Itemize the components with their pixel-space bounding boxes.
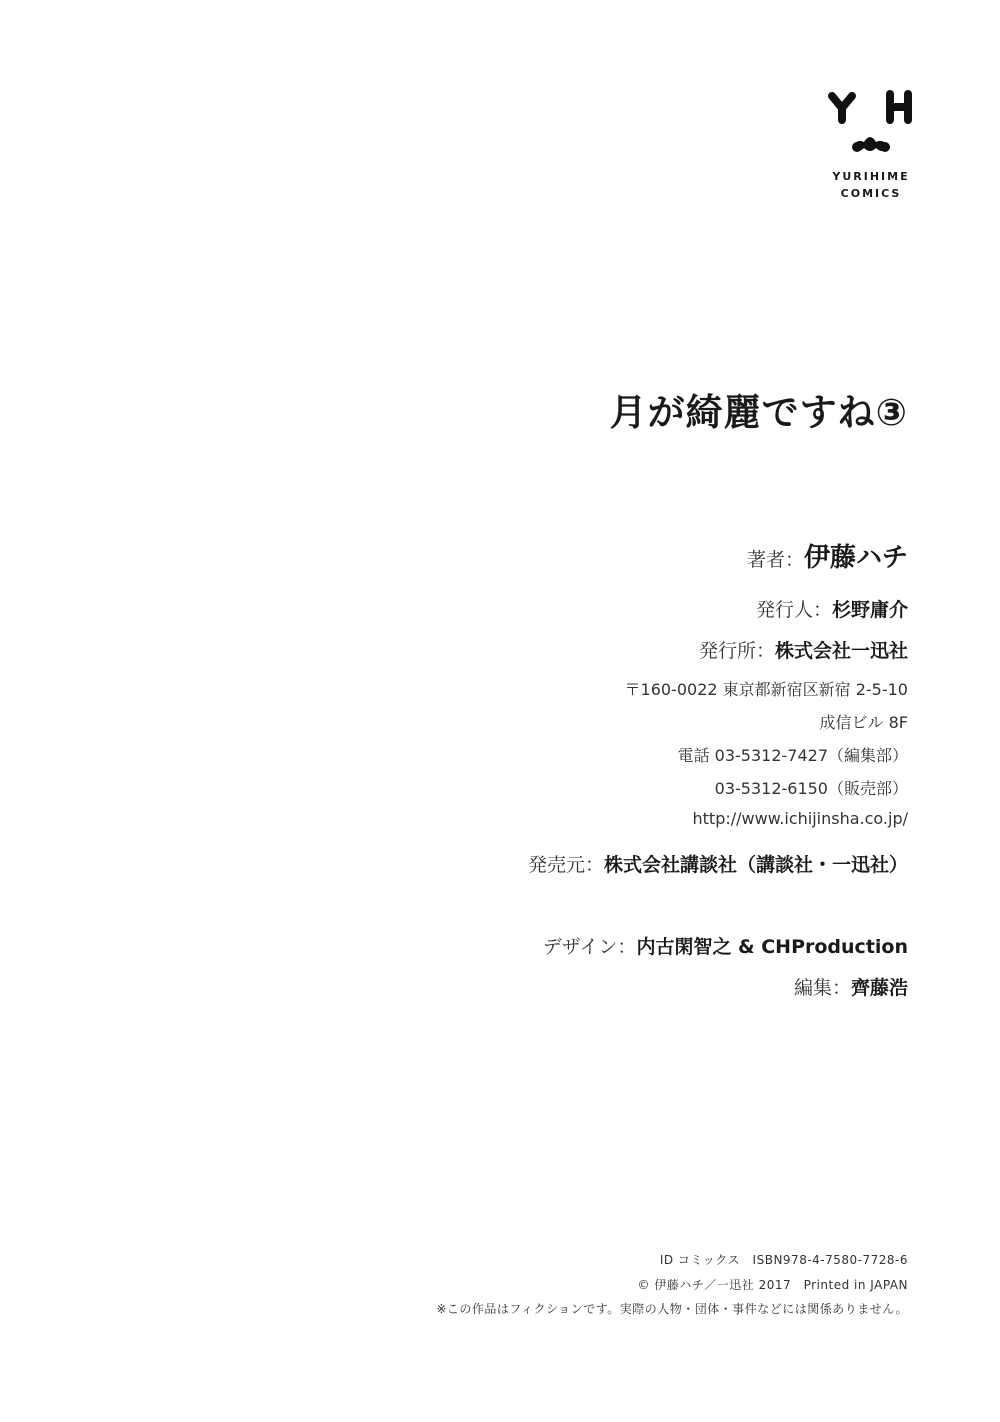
design-value: 内古閑智之 & CHProduction: [636, 936, 908, 958]
isbn-line: ID コミックス ISBN978-4-7580-7728-6: [660, 1251, 908, 1268]
yh-logo-icon: [826, 88, 916, 158]
credit-publisher-person: 発行人：杉野庸介: [756, 595, 908, 622]
credit-publisher: 発行所：株式会社一迅社: [699, 636, 908, 663]
credit-editor: 編集：齊藤浩: [794, 973, 908, 1000]
phone-editorial: 電話 03-5312-7427（編集部）: [678, 743, 908, 766]
publisher-person-value: 杉野庸介: [832, 599, 908, 621]
distributor-label: 発売元：: [528, 854, 604, 876]
credit-author: 著者：伊藤ハチ: [747, 537, 908, 574]
logo-line1: YURIHIME: [826, 168, 916, 185]
website-url: http://www.ichijinsha.co.jp/: [693, 809, 909, 828]
address-line1: 〒160-0022 東京都新宿区新宿 2-5-10: [625, 677, 908, 700]
author-label: 著者：: [747, 549, 804, 571]
yurihime-comics-logo: YURIHIME COMICS: [826, 88, 916, 213]
editor-value: 齊藤浩: [851, 977, 908, 999]
address-line2: 成信ビル 8F: [820, 710, 908, 733]
credit-design: デザイン：内古閑智之 & CHProduction: [543, 932, 908, 959]
publisher-value: 株式会社一迅社: [775, 640, 908, 662]
editor-label: 編集：: [794, 977, 851, 999]
credit-distributor: 発売元：株式会社講談社（講談社・一迅社）: [528, 850, 908, 877]
publisher-person-label: 発行人：: [756, 599, 832, 621]
logo-line2: COMICS: [826, 185, 916, 202]
publisher-label: 発行所：: [699, 640, 775, 662]
phone-sales: 03-5312-6150（販売部）: [715, 776, 908, 799]
disclaimer-line: ※この作品はフィクションです。実際の人物・団体・事件などには関係ありません。: [436, 1300, 908, 1317]
copyright-line: © 伊藤ハチ／一迅社 2017 Printed in JAPAN: [637, 1276, 908, 1293]
book-title: 月が綺麗ですね③: [610, 382, 908, 436]
distributor-value: 株式会社講談社（講談社・一迅社）: [604, 854, 908, 876]
design-label: デザイン：: [543, 936, 637, 958]
author-value: 伊藤ハチ: [804, 543, 908, 573]
